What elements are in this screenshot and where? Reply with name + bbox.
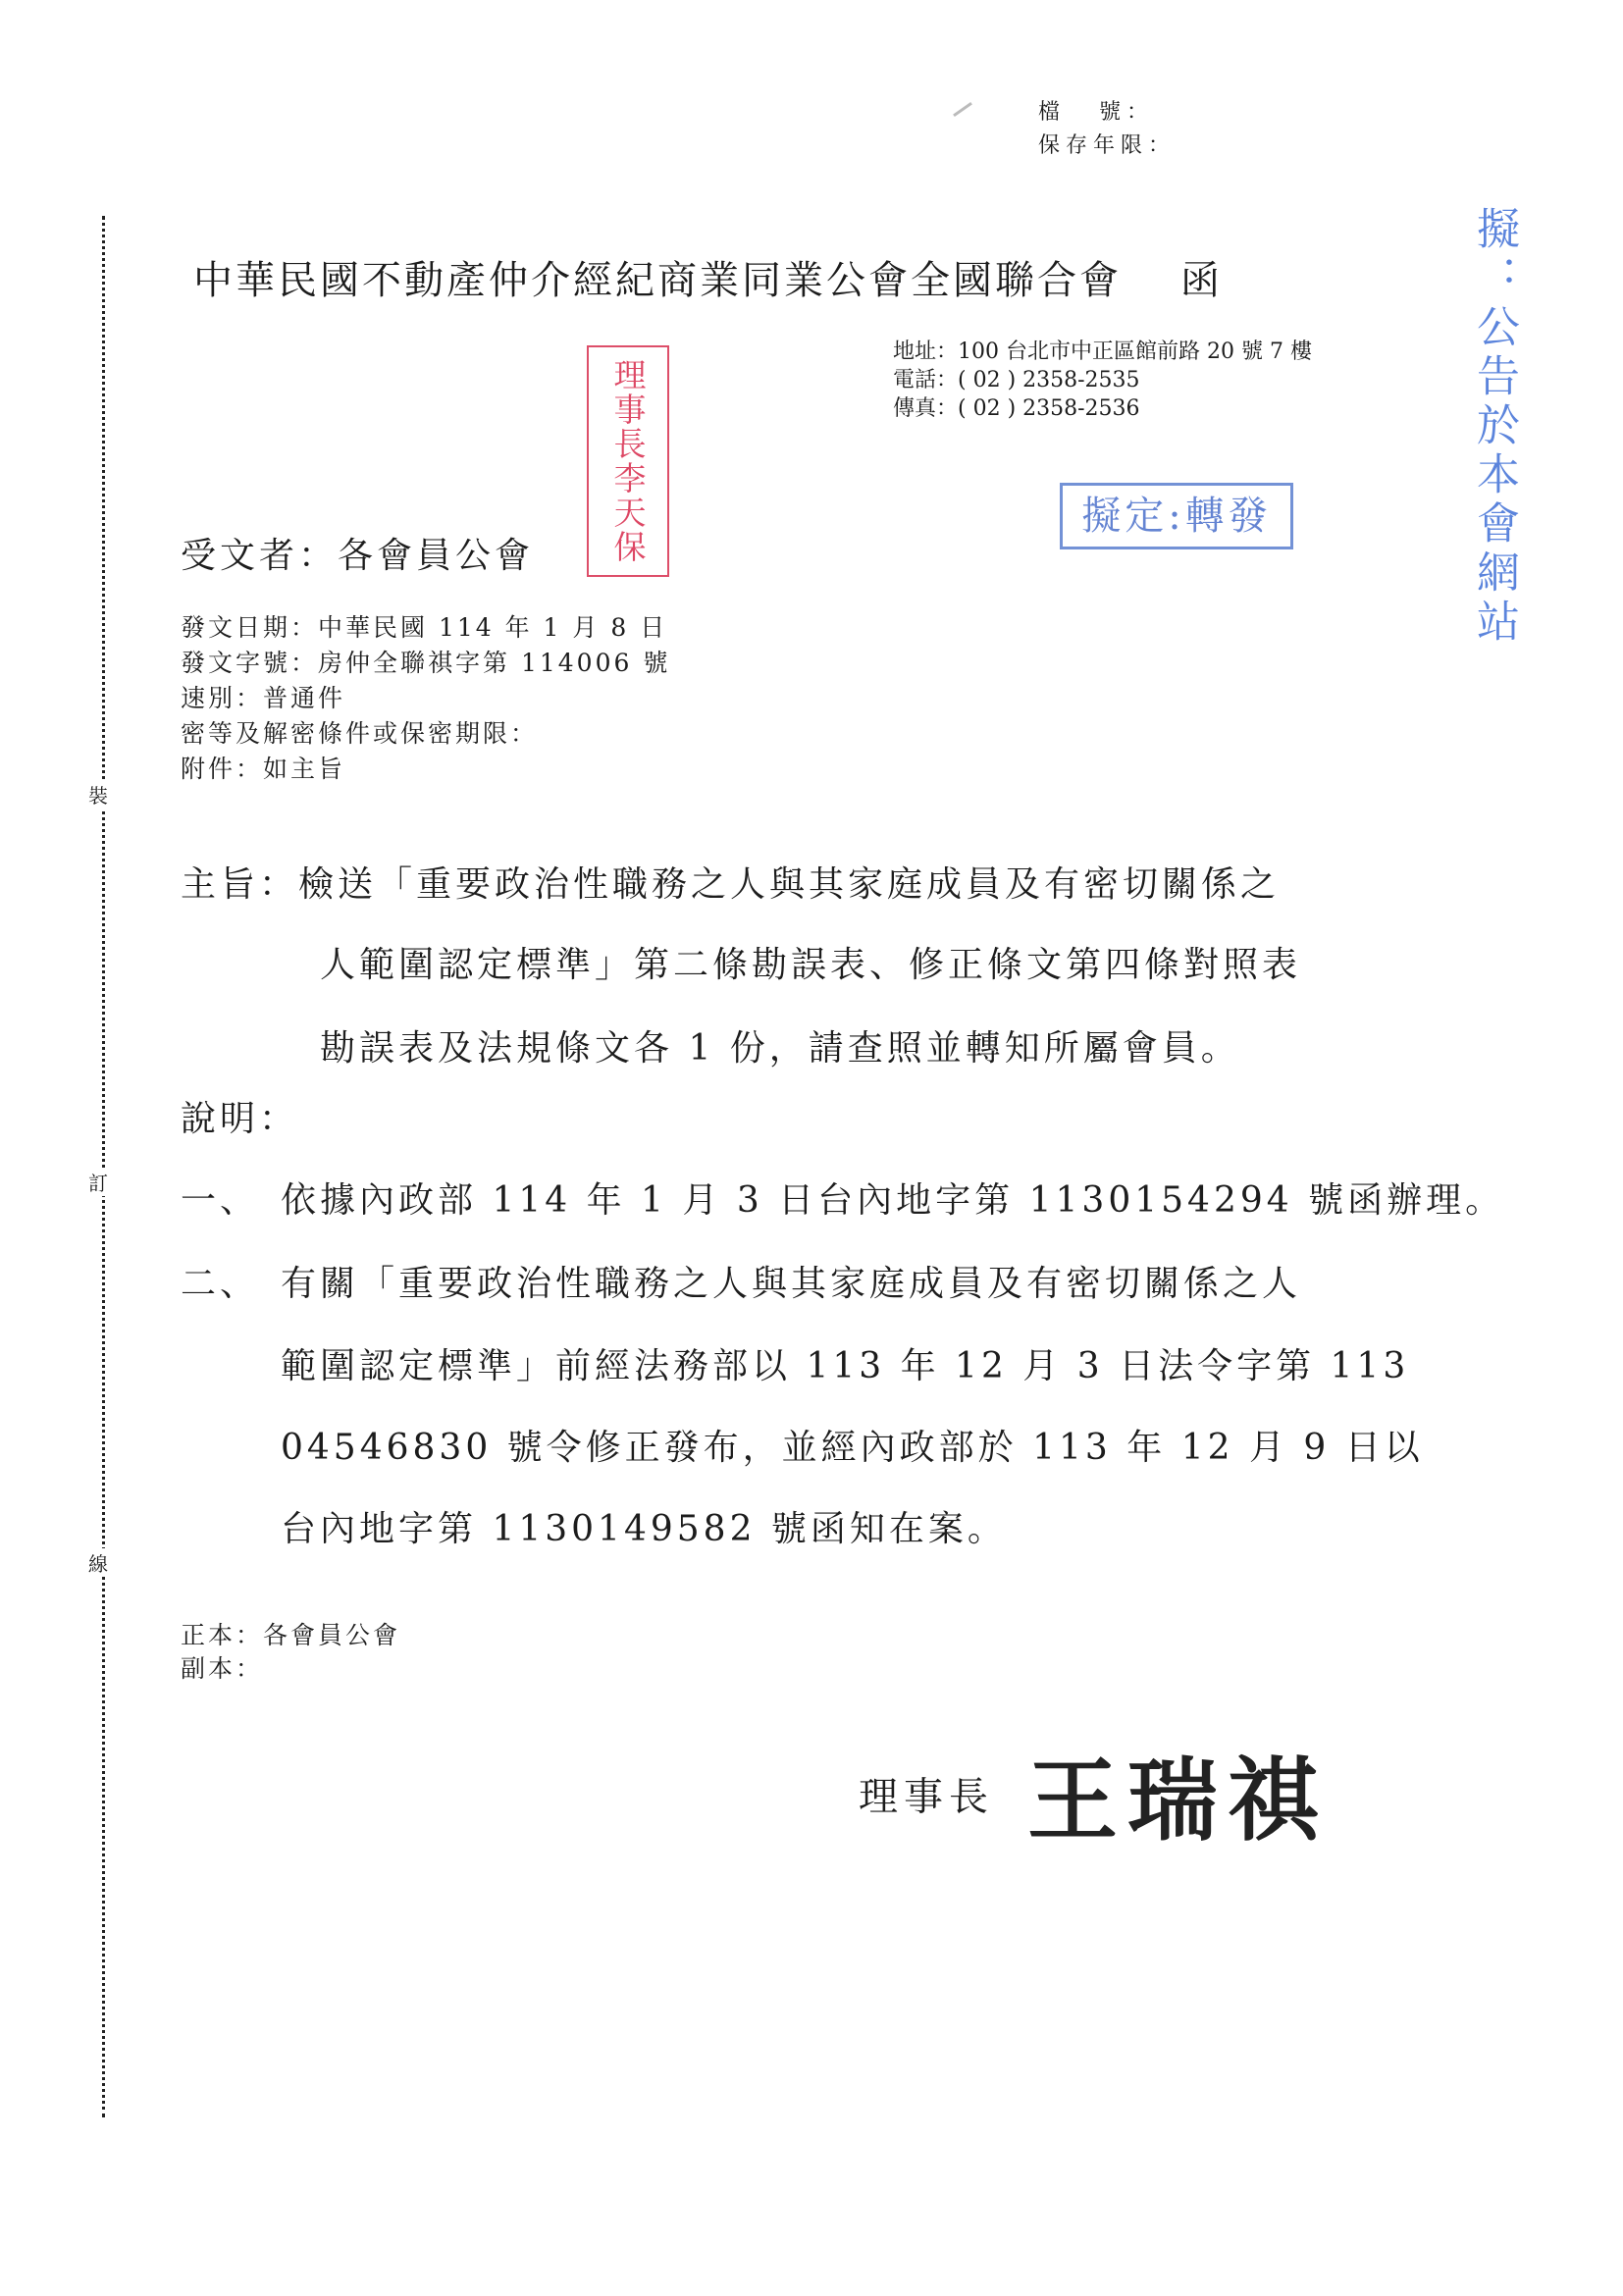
explanation-item-2-line-3: 04546830 號令修正發布，並經內政部於 113 年 12 月 9 日以 (281, 1420, 1424, 1470)
file-no-label-a: 檔 (1038, 96, 1066, 130)
subject-line-1: 主旨：檢送「重要政治性職務之人與其家庭成員及有密切關係之 (181, 857, 1280, 907)
document-meta: 發文日期：中華民國 114 年 1 月 8 日 發文字號：房仲全聯祺字第 114… (181, 610, 670, 787)
file-no-label-b: 號： (1099, 96, 1154, 130)
organization-name: 中華民國不動產仲介經紀商業同業公會全國聯合會 (193, 258, 1122, 303)
binding-char-ding: 訂 (88, 1168, 108, 1196)
attachment: 附件：如主旨 (181, 752, 670, 787)
letterhead-title: 中華民國不動產仲介經紀商業同業公會全國聯合會函 (193, 249, 1223, 305)
phone: 電話：( 02 ) 2358-2535 (893, 366, 1312, 394)
item-number: 一、 (181, 1173, 281, 1223)
handwritten-annotation: 擬：公告於本會網站 (1450, 206, 1519, 648)
retention-label: 保存年限： (1038, 130, 1176, 163)
issue-date: 發文日期：中華民國 114 年 1 月 8 日 (181, 610, 670, 646)
signature-block: 理事長王瑞祺 (859, 1729, 1328, 1858)
subject-line-3: 勘誤表及法規條文各 1 份，請查照並轉知所屬會員。 (320, 1020, 1240, 1070)
item-text: 有關「重要政治性職務之人與其家庭成員及有密切關係之人 (281, 1264, 1301, 1304)
archive-info: 檔號： 保存年限： (1038, 96, 1176, 163)
explanation-item-2-line-2: 範圍認定標準」前經法務部以 113 年 12 月 3 日法令字第 113 (281, 1338, 1409, 1388)
original-recipients: 正本：各會員公會 (181, 1619, 400, 1652)
explanation-heading: 說明： (181, 1091, 298, 1141)
explanation-item-1: 一、依據內政部 114 年 1 月 3 日台內地字第 1130154294 號函… (181, 1173, 1504, 1223)
fax: 傳真：( 02 ) 2358-2536 (893, 394, 1312, 423)
item-number: 二、 (181, 1256, 281, 1306)
reference-number: 發文字號：房仲全聯祺字第 114006 號 (181, 646, 670, 681)
copy-recipients: 副本： (181, 1652, 400, 1686)
binding-char-xian: 線 (88, 1548, 108, 1577)
explanation-item-2: 二、有關「重要政治性職務之人與其家庭成員及有密切關係之人 (181, 1256, 1301, 1306)
signer-name: 王瑞祺 (1027, 1748, 1328, 1853)
chairman-seal-stamp: 理事長李天保 (587, 345, 669, 577)
signer-role: 理事長 (859, 1775, 994, 1820)
distribution-list: 正本：各會員公會 副本： (181, 1619, 400, 1686)
routing-stamp: 擬定:轉發 (1060, 483, 1293, 549)
explanation-item-2-line-4: 台內地字第 1130149582 號函知在案。 (281, 1501, 1007, 1551)
binding-char-zhuang: 裝 (88, 780, 108, 809)
recipient: 受文者：各會員公會 (181, 528, 534, 578)
item-text: 依據內政部 114 年 1 月 3 日台內地字第 1130154294 號函辦理… (281, 1180, 1504, 1221)
binding-line (102, 216, 105, 2117)
subject-line-2: 人範圍認定標準」第二條勘誤表、修正條文第四條對照表 (320, 937, 1301, 987)
urgency: 速別：普通件 (181, 681, 670, 716)
classification: 密等及解密條件或保密期限： (181, 716, 670, 752)
scan-artifact (953, 102, 972, 117)
address: 地址：100 台北市中正區館前路 20 號 7 樓 (893, 338, 1312, 366)
doc-type: 函 (1180, 258, 1223, 303)
contact-info: 地址：100 台北市中正區館前路 20 號 7 樓 電話：( 02 ) 2358… (893, 338, 1312, 423)
